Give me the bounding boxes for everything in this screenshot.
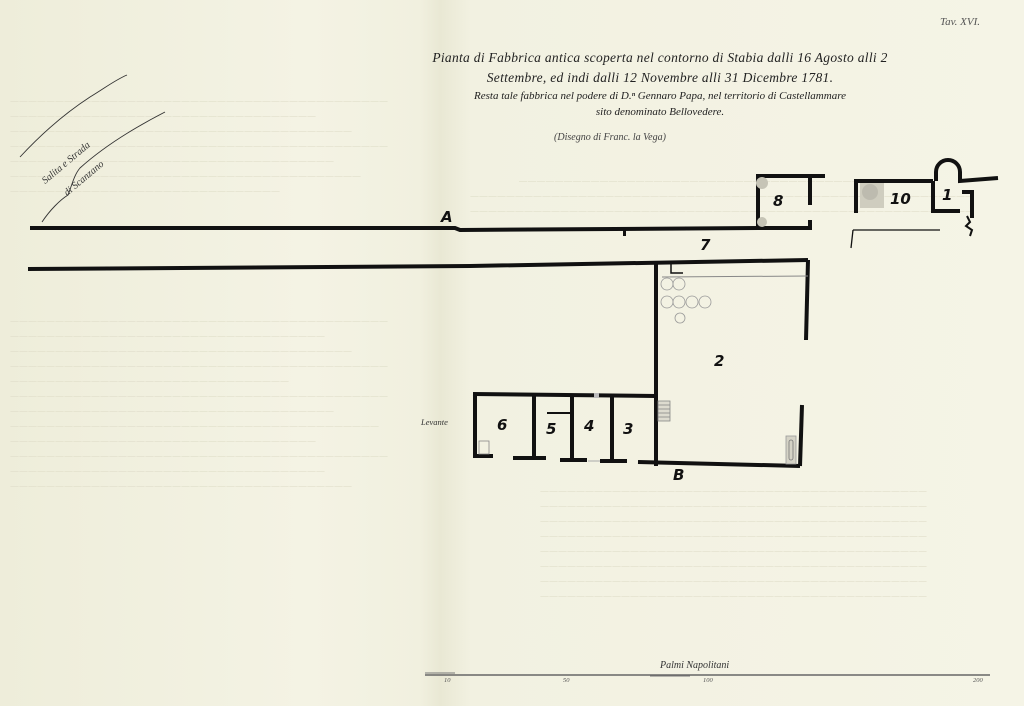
stairs: [658, 401, 670, 421]
room-2-inner-line: [662, 276, 808, 277]
room-label-4: 4: [584, 417, 594, 435]
room-6-west-wall: [475, 394, 493, 456]
room-6-fixture: [479, 441, 489, 454]
room-10-basin-round: [862, 184, 878, 200]
scale-title: Palmi Napolitani: [660, 660, 729, 671]
room-10-lower-wall: [851, 230, 940, 248]
room-label-2: 2: [714, 352, 724, 370]
wall-a-stub: [623, 229, 626, 236]
wall-5-4: [560, 396, 587, 460]
scale-tick-200: 200: [973, 677, 983, 684]
wall-label-b: B: [673, 466, 684, 484]
room-2-corner-mark: [671, 264, 683, 273]
corridor-south-wall: [28, 260, 808, 269]
scale-tick-50: 50: [563, 677, 570, 684]
orientation-label: Levante: [421, 417, 448, 427]
room-label-10: 10: [890, 190, 911, 208]
room-label-3: 3: [623, 420, 633, 438]
wall-label-a: A: [441, 208, 453, 226]
room-label-7: 7: [700, 236, 710, 254]
room-8-fixture-top: [756, 177, 768, 189]
wall-6-5: [513, 395, 546, 458]
room-label-8: 8: [773, 192, 783, 210]
room-1-step-edge: [966, 216, 972, 236]
room-label-5: 5: [546, 420, 556, 438]
wall-a: [30, 228, 758, 230]
floor-plan: [0, 0, 1024, 706]
scale-tick-100: 100: [703, 677, 713, 684]
room-8-walls: [758, 176, 825, 228]
room-1-apse: [936, 160, 998, 181]
doorway-gap: [594, 393, 599, 398]
scale-tick-10: 10: [444, 677, 451, 684]
room-1-walls: [933, 181, 972, 218]
room-label-1: 1: [942, 186, 952, 204]
room-2-east-wall: [806, 260, 808, 340]
room-label-6: 6: [497, 416, 507, 434]
wall-b: [638, 462, 800, 466]
room-2-column-bases: [661, 278, 711, 323]
room-8-fixture-bottom: [757, 217, 767, 227]
room-2-se-wall: [800, 405, 802, 466]
street-edge-upper: [20, 75, 127, 157]
rooms-north-wall: [473, 394, 656, 396]
